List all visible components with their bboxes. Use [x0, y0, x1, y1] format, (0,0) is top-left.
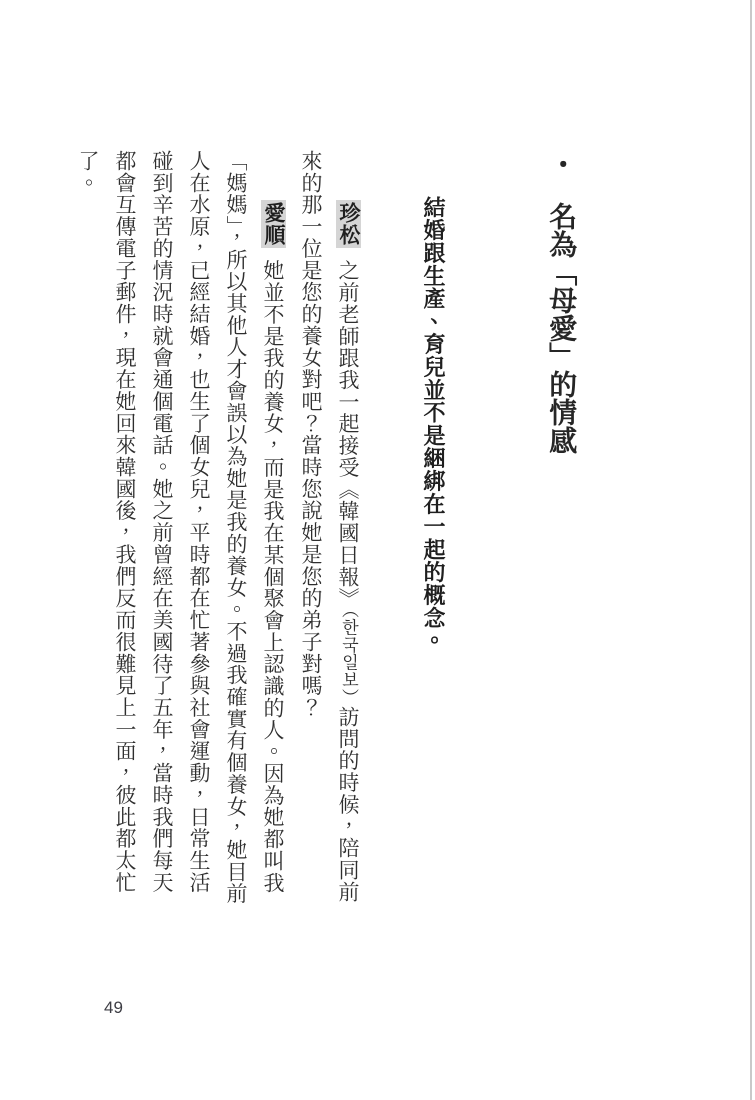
page-edge-line [750, 0, 752, 1100]
main-text-block: 結婚跟生產、育兒並不是綑綁在一起的概念。 珍松之前老師跟我一起接受《韓國日報》（… [69, 150, 452, 915]
section-subtitle: 結婚跟生產、育兒並不是綑綁在一起的概念。 [415, 150, 452, 915]
korean-annotation: （한국일보） [339, 610, 358, 707]
section-bullet: ・ [546, 150, 577, 178]
dialogue-turn: 珍松之前老師跟我一起接受《韓國日報》（한국일보）訪問的時候，陪同前來的那一位是您… [292, 150, 367, 915]
section-heading: ・名為「母愛」的情感 [546, 150, 576, 454]
speech-text: 之前老師跟我一起接受《韓國日報》 [336, 260, 360, 610]
page-number: 49 [104, 998, 123, 1018]
speech-text: 她並不是我的養女，而是我在某個聚會上認識的人。因為她都叫我「媽媽」，所以其他人才… [76, 150, 285, 905]
speaker-label: 珍松 [336, 200, 361, 248]
book-page: ・名為「母愛」的情感 結婚跟生產、育兒並不是綑綁在一起的概念。 珍松之前老師跟我… [0, 0, 755, 1100]
section-title: 名為「母愛」的情感 [546, 202, 577, 454]
speaker-label: 愛順 [261, 200, 286, 248]
dialogue-turn: 愛順她並不是我的養女，而是我在某個聚會上認識的人。因為她都叫我「媽媽」，所以其他… [69, 150, 292, 915]
